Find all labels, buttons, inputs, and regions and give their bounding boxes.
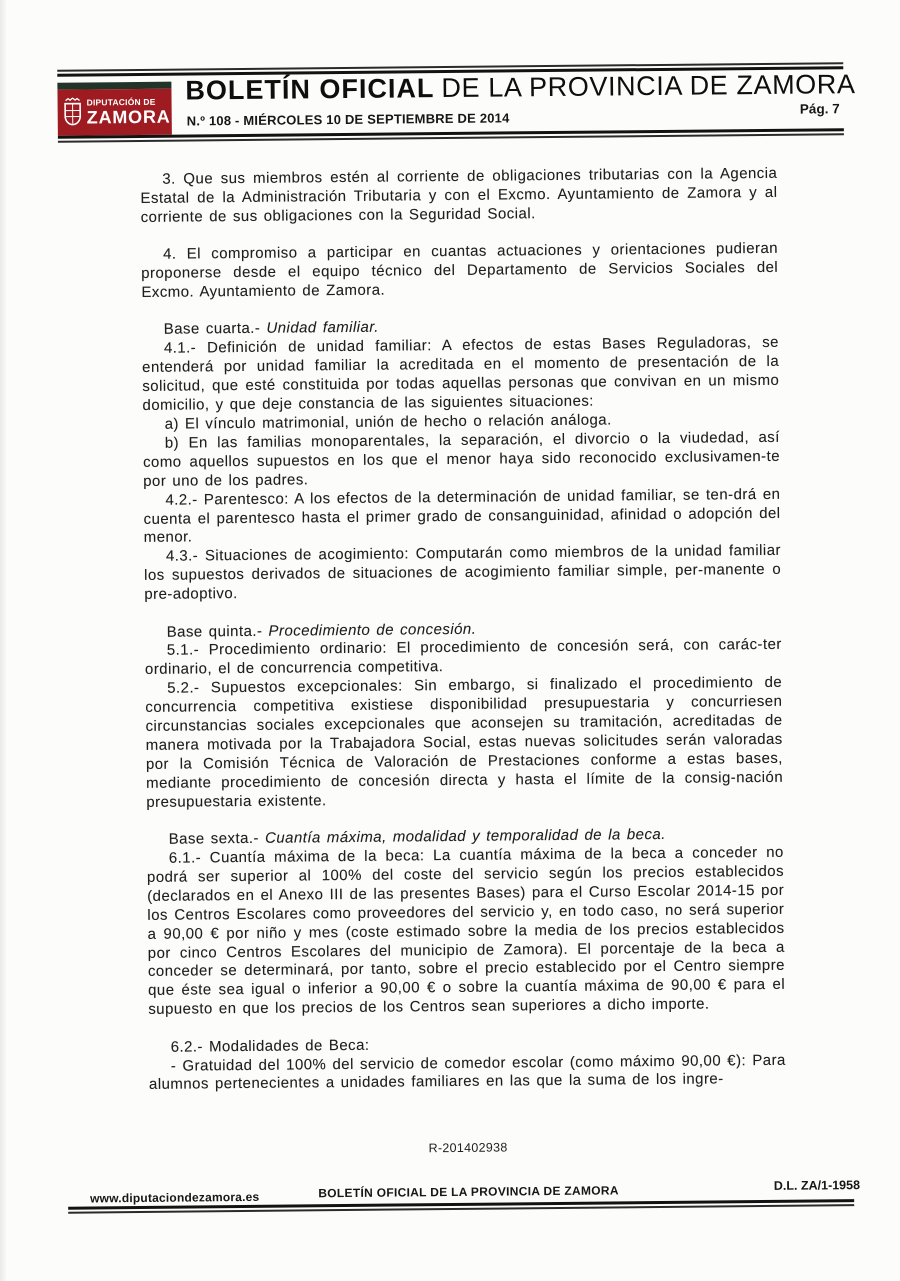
paragraph-4: 4. El compromiso a participar en cuantas… [141, 240, 779, 303]
footer-legal-deposit: D.L. ZA/1-1958 [774, 1178, 860, 1193]
paragraph-4-3: 4.3.- Situaciones de acogimiento: Comput… [144, 542, 782, 605]
paragraph-4-1-b: b) En las familias monoparentales, la se… [143, 429, 781, 492]
paragraph-3: 3. Que sus miembros estén al corriente d… [140, 165, 778, 228]
paragraph-4-1: 4.1.- Definición de unidad familiar: A e… [142, 334, 780, 416]
paragraph-5-1: 5.1.- Procedimiento ordinario: El proced… [145, 636, 782, 680]
logo-top-text: DIPUTACIÓN DE [87, 97, 171, 106]
masthead-title-regular: DE LA PROVINCIA DE ZAMORA [441, 69, 855, 103]
footer-bulletin-title: BOLETÍN OFICIAL DE LA PROVINCIA DE ZAMOR… [150, 1182, 787, 1202]
registry-number: R-201402938 [150, 1138, 787, 1158]
header-bottom-rule [58, 128, 844, 142]
paragraph-4-2: 4.2.- Parentesco: A los efectos de la de… [143, 485, 781, 548]
bulletin-masthead: BOLETÍN OFICIALDE LA PROVINCIA DE ZAMORA [185, 69, 855, 106]
document-body: 3. Que sus miembros estén al corriente d… [140, 165, 786, 1095]
issue-date-line: N.º 108 - MIÉRCOLES 10 DE SEPTIEMBRE DE … [187, 110, 510, 128]
zamora-coat-of-arms-icon [63, 98, 83, 128]
page-number: Pág. 7 [800, 101, 840, 116]
scanned-bulletin-page: DIPUTACIÓN DE ZAMORA BOLETÍN OFICIALDE L… [0, 0, 900, 1281]
logo-texts: DIPUTACIÓN DE ZAMORA [87, 97, 171, 126]
paragraph-6-2-modalidad-1: - Gratuidad del 100% del servicio de com… [149, 1051, 786, 1095]
scan-tilt-wrapper: DIPUTACIÓN DE ZAMORA BOLETÍN OFICIALDE L… [0, 0, 900, 1281]
paragraph-5-2: 5.2.- Supuestos excepcionales: Sin embar… [145, 674, 783, 812]
paragraph-6-1: 6.1.- Cuantía máxima de la beca: La cuan… [147, 844, 786, 1020]
masthead-title-bold: BOLETÍN OFICIAL [185, 73, 434, 105]
logo-name-text: ZAMORA [87, 108, 171, 127]
diputacion-logo: DIPUTACIÓN DE ZAMORA [57, 89, 171, 136]
